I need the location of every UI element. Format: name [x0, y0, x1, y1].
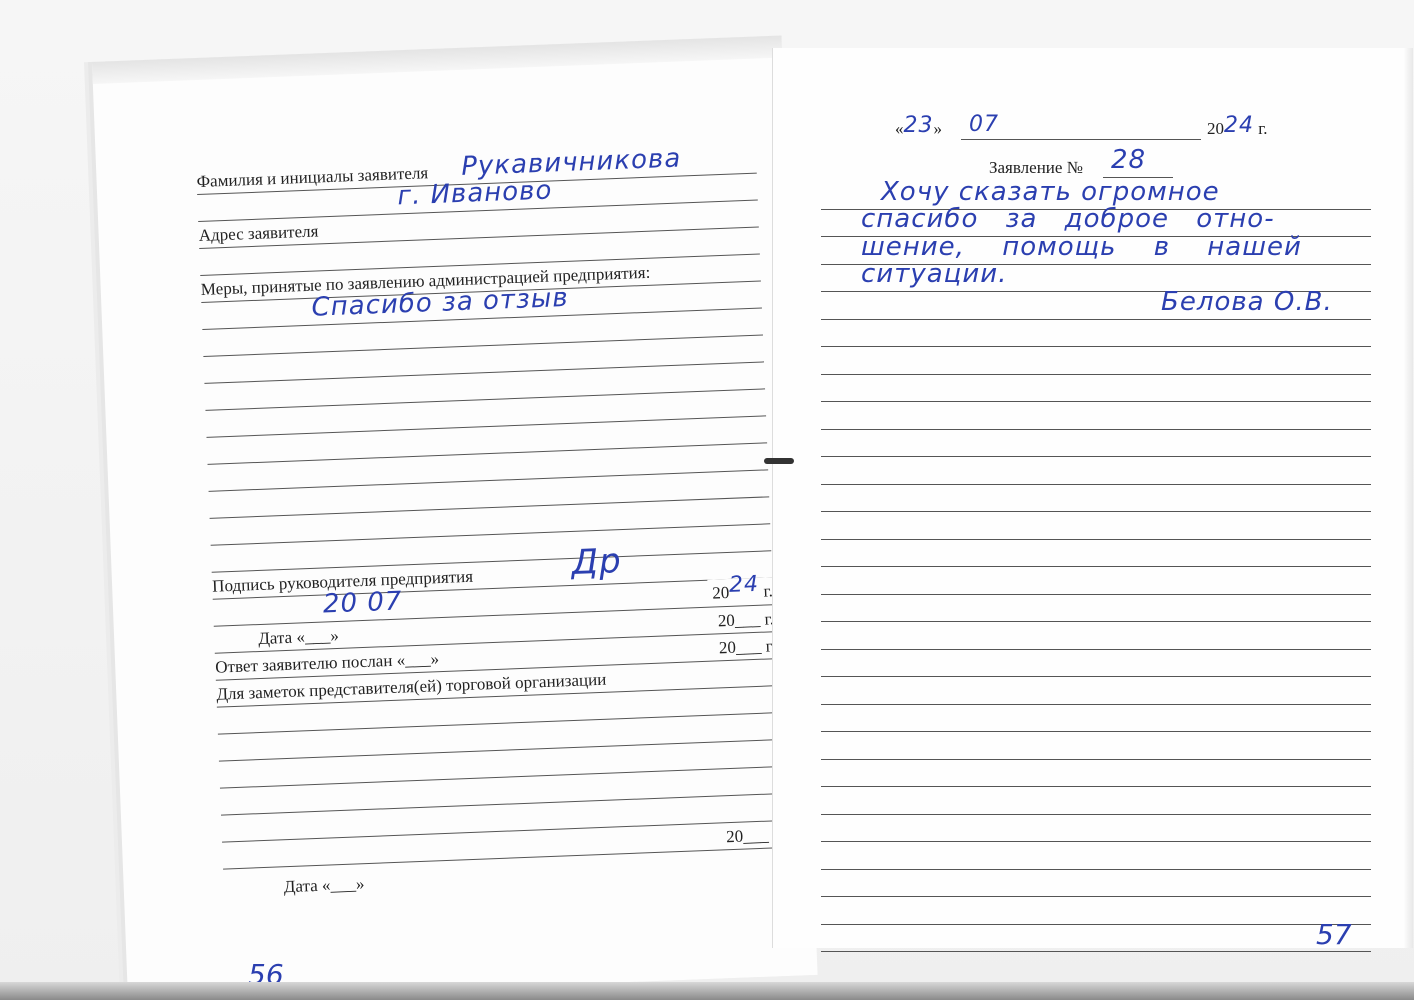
scanner-edge-shadow [0, 982, 1414, 1000]
blank-line [821, 567, 1371, 595]
blank-line [821, 622, 1371, 650]
blank-line [821, 732, 1371, 760]
binding-stitch [764, 458, 794, 464]
blank-line [821, 870, 1371, 898]
statement-text-lines: Хочу сказать огромное спасибо за доброе … [821, 182, 1371, 952]
blank-line [821, 402, 1371, 430]
year-field: 2024 г. [1207, 115, 1268, 140]
signature-date-value: 20 07 [322, 586, 403, 619]
year-value: 24 [1224, 113, 1254, 138]
blank-line [821, 925, 1371, 953]
statement-text-line: ситуации. [861, 259, 1007, 289]
applicant-name-value: Рукавичникова [461, 143, 682, 181]
blank-line [821, 787, 1371, 815]
right-page-form: «23» 07 2024 г. Заявление № 28 Хочу сказ… [821, 108, 1371, 952]
blank-line [821, 375, 1371, 403]
right-page-number: 57 [1316, 918, 1352, 951]
date-month-field: 07 [961, 115, 1201, 140]
statement-number: 28 [1111, 145, 1146, 175]
statement-text-line: Хочу сказать огромное [881, 177, 1220, 207]
year-suffix: г. [1258, 119, 1267, 138]
blank-line [821, 320, 1371, 348]
left-page-form: Фамилия и инициалы заявителя Рукавичнико… [195, 127, 784, 902]
blank-line [821, 540, 1371, 568]
blank-line [821, 897, 1371, 925]
date-day-field: «23» [895, 115, 942, 140]
statement-date-row: «23» 07 2024 г. [821, 108, 1371, 142]
date-year: 20___ г. [713, 609, 774, 631]
applicant-signature: Белова О.В. [1161, 287, 1333, 317]
blank-line [821, 815, 1371, 843]
statement-label: Заявление № [989, 158, 1083, 178]
close-quote: » [934, 119, 943, 138]
signature-year: 2024 г. [708, 577, 773, 604]
year-prefix: 20 [712, 583, 730, 603]
blank-line [821, 650, 1371, 678]
year-prefix: 20 [1207, 119, 1224, 138]
date-label: Дата «___» [258, 626, 345, 649]
signature-year-value: 24 [729, 572, 760, 598]
blank-line [821, 595, 1371, 623]
blank-line [821, 457, 1371, 485]
blank-line [821, 677, 1371, 705]
blank-line [821, 430, 1371, 458]
address-value: г. Иваново [397, 175, 553, 211]
reply-sent-year: 20___ г. [715, 636, 776, 658]
statement-text-line: спасибо за доброе отно- [861, 204, 1275, 234]
statement-number-field: 28 [1103, 151, 1173, 178]
left-page: Фамилия и инициалы заявителя Рукавичнико… [92, 36, 818, 1000]
blank-line [821, 842, 1371, 870]
manager-signature: Др [571, 541, 623, 583]
blank-line [821, 705, 1371, 733]
open-quote: « [895, 119, 904, 138]
address-label: Адрес заявителя [198, 221, 324, 246]
blank-line [821, 760, 1371, 788]
bottom-date-label: Дата «___» [283, 874, 370, 897]
blank-line [821, 485, 1371, 513]
date-month: 07 [969, 112, 999, 137]
blank-line [821, 512, 1371, 540]
date-day: 23 [904, 113, 934, 138]
blank-line [821, 347, 1371, 375]
right-page: «23» 07 2024 г. Заявление № 28 Хочу сказ… [772, 48, 1413, 948]
statement-text-line: шение, помощь в нашей [861, 232, 1302, 262]
statement-line-5: Белова О.В. [821, 292, 1371, 320]
